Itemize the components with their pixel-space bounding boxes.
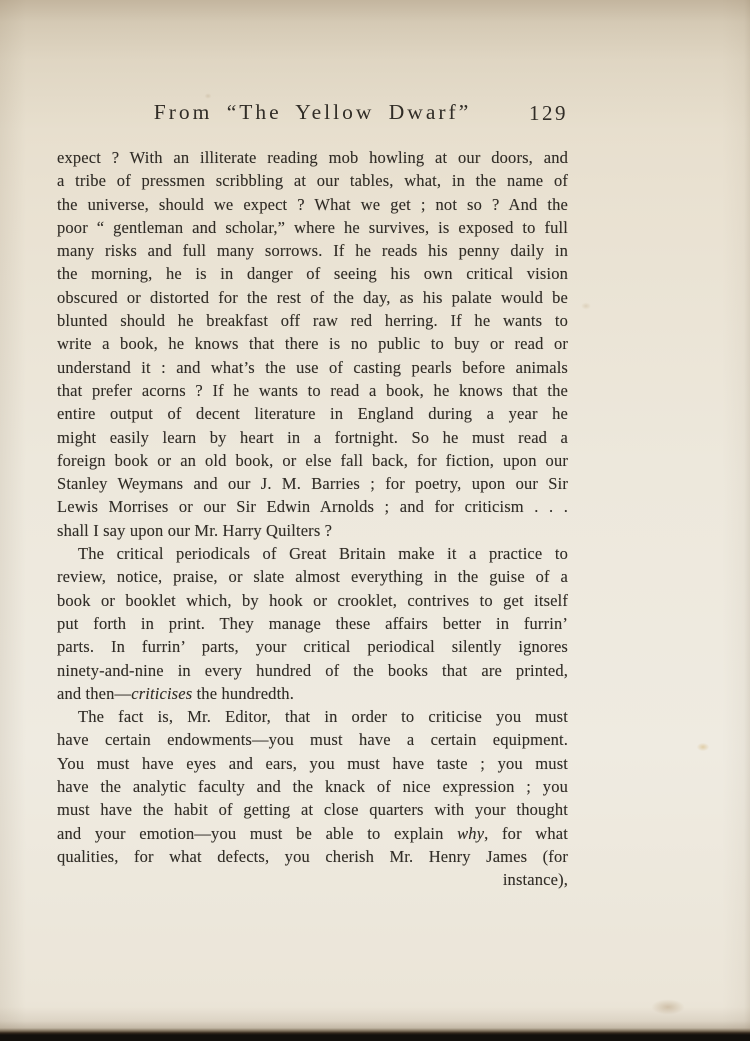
text-line: The fact is, Mr. Editor, that in order t…: [57, 705, 568, 728]
text-line: entire output of decent literature in En…: [57, 402, 568, 425]
text-line: qualities, for what defects, you cherish…: [57, 845, 568, 868]
text-line: and your emotion—you must be able to exp…: [57, 822, 568, 845]
text-line: might easily learn by heart in a fortnig…: [57, 426, 568, 449]
text-line: Lewis Morrises or our Sir Edwin Arnolds …: [57, 495, 568, 518]
text-line: You must have eyes and ears, you must ha…: [57, 752, 568, 775]
book-page-scan: From “The Yellow Dwarf” 129 expect ? Wit…: [0, 0, 750, 1041]
italic-text: criticises: [131, 684, 192, 703]
text-line: must have the habit of getting at close …: [57, 798, 568, 821]
text-line: blunted should he breakfast off raw red …: [57, 309, 568, 332]
text-line: have certain endowments—you must have a …: [57, 728, 568, 751]
text-line: Stanley Weymans and our J. M. Barries ; …: [57, 472, 568, 495]
text-line: poor “ gentleman and scholar,” where he …: [57, 216, 568, 239]
text-line: that prefer acorns ? If he wants to read…: [57, 379, 568, 402]
text-line: many risks and full many sorrows. If he …: [57, 239, 568, 262]
text-line: put forth in print. They manage these af…: [57, 612, 568, 635]
text-line: foreign book or an old book, or else fal…: [57, 449, 568, 472]
text-line: the universe, should we expect ? What we…: [57, 193, 568, 216]
text-line: shall I say upon our Mr. Harry Quilters …: [57, 519, 568, 542]
text-line: write a book, he knows that there is no …: [57, 332, 568, 355]
text-line: The critical periodicals of Great Britai…: [57, 542, 568, 565]
text-line: have the analytic faculty and the knack …: [57, 775, 568, 798]
text-line: and then—criticises the hundredth.: [57, 682, 568, 705]
text-line: understand it : and what’s the use of ca…: [57, 356, 568, 379]
text-line: the morning, he is in danger of seeing h…: [57, 262, 568, 285]
text-line: review, notice, praise, or slate almost …: [57, 565, 568, 588]
text-line: book or booklet which, by hook or crookl…: [57, 589, 568, 612]
text-line: a tribe of pressmen scribbling at our ta…: [57, 169, 568, 192]
chapter-title: From “The Yellow Dwarf”: [154, 100, 472, 124]
text-line: expect ? With an illiterate reading mob …: [57, 146, 568, 169]
text-line: ninety-and-nine in every hundred of the …: [57, 659, 568, 682]
text-line: obscured or distorted for the rest of th…: [57, 286, 568, 309]
italic-text: why: [457, 824, 484, 843]
text-line: instance),: [57, 868, 568, 891]
page-number: 129: [529, 101, 568, 126]
page-body: expect ? With an illiterate reading mob …: [57, 146, 568, 892]
running-header: From “The Yellow Dwarf” 129: [57, 100, 568, 125]
text-line: parts. In furrin’ parts, your critical p…: [57, 635, 568, 658]
